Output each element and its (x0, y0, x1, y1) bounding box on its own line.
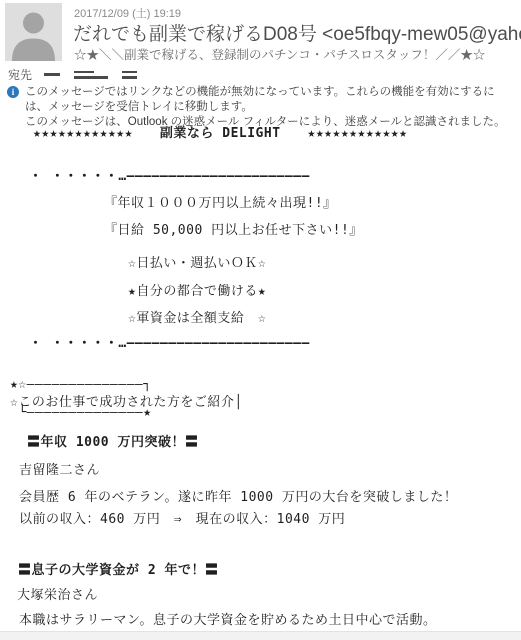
notice-line-1: このメッセージではリンクなどの機能が無効になっています。これらの機能を有効にする… (25, 85, 512, 115)
bullet-funds: ☆軍資金は全額支給 ☆ (128, 307, 266, 326)
story1-name: 吉留隆二さん (19, 459, 100, 478)
divider-line: ・ ・・・・・…―――――――――――――――――――――― (29, 165, 310, 184)
redacted-recipient[interactable] (44, 70, 60, 79)
recipients-row: 宛先 (8, 66, 151, 83)
story1-income: 以前の収入：460 万円 ⇒ 現在の収入：1040 万円 (19, 508, 345, 527)
banner-line: ★★★★★★★★★★★★ 副業なら DELIGHT ★★★★★★★★★★★★ (33, 122, 407, 141)
headline-daily-pay: 『日給 50,000 円以上お任せ下さい!!』 (104, 219, 363, 238)
redacted-recipient[interactable] (122, 68, 137, 82)
message-sender[interactable]: だれでも副業で稼げるD08号 <oe5fbqy-mew05@yahoo.co.j… (73, 19, 521, 46)
to-label: 宛先 (8, 66, 32, 83)
story1-title: 〓年収 1000 万円突破！〓 (27, 431, 198, 450)
intro-box-bottom: └――――――――――――――★ (10, 405, 152, 420)
person-silhouette-icon (5, 3, 62, 61)
story2-title: 〓息子の大学資金が 2 年で！〓 (18, 559, 218, 578)
sender-avatar[interactable] (5, 3, 62, 61)
message-subject: ☆★＼＼副業で稼げる、登録制のパチンコ・パチスロスタッフ！／／★☆ (74, 45, 485, 63)
email-message-view: 2017/12/09 (土) 19:19 だれでも副業で稼げるD08号 <oe5… (0, 0, 521, 640)
bottom-divider (0, 631, 521, 640)
info-icon: i (7, 86, 19, 98)
bullet-daily-pay-ok: ☆日払い・週払いＯＫ☆ (128, 252, 266, 271)
bullet-flex-work: ★自分の都合で働ける★ (128, 280, 266, 299)
story1-text: 会員歴 6 年のベテラン。遂に昨年 1000 万円の大台を突破しました！ (19, 486, 457, 505)
divider-line: ・ ・・・・・…―――――――――――――――――――――― (29, 332, 310, 351)
headline-income: 『年収１０００万円以上続々出現!!』 (104, 192, 337, 211)
intro-box-top: ★☆――――――――――――――┐ (10, 377, 152, 392)
story2-name: 大塚栄治さん (17, 584, 98, 603)
story2-text: 本職はサラリーマン。息子の大学資金を貯めるため土日中心で活動。 (19, 609, 436, 628)
redacted-recipient[interactable] (74, 68, 108, 82)
